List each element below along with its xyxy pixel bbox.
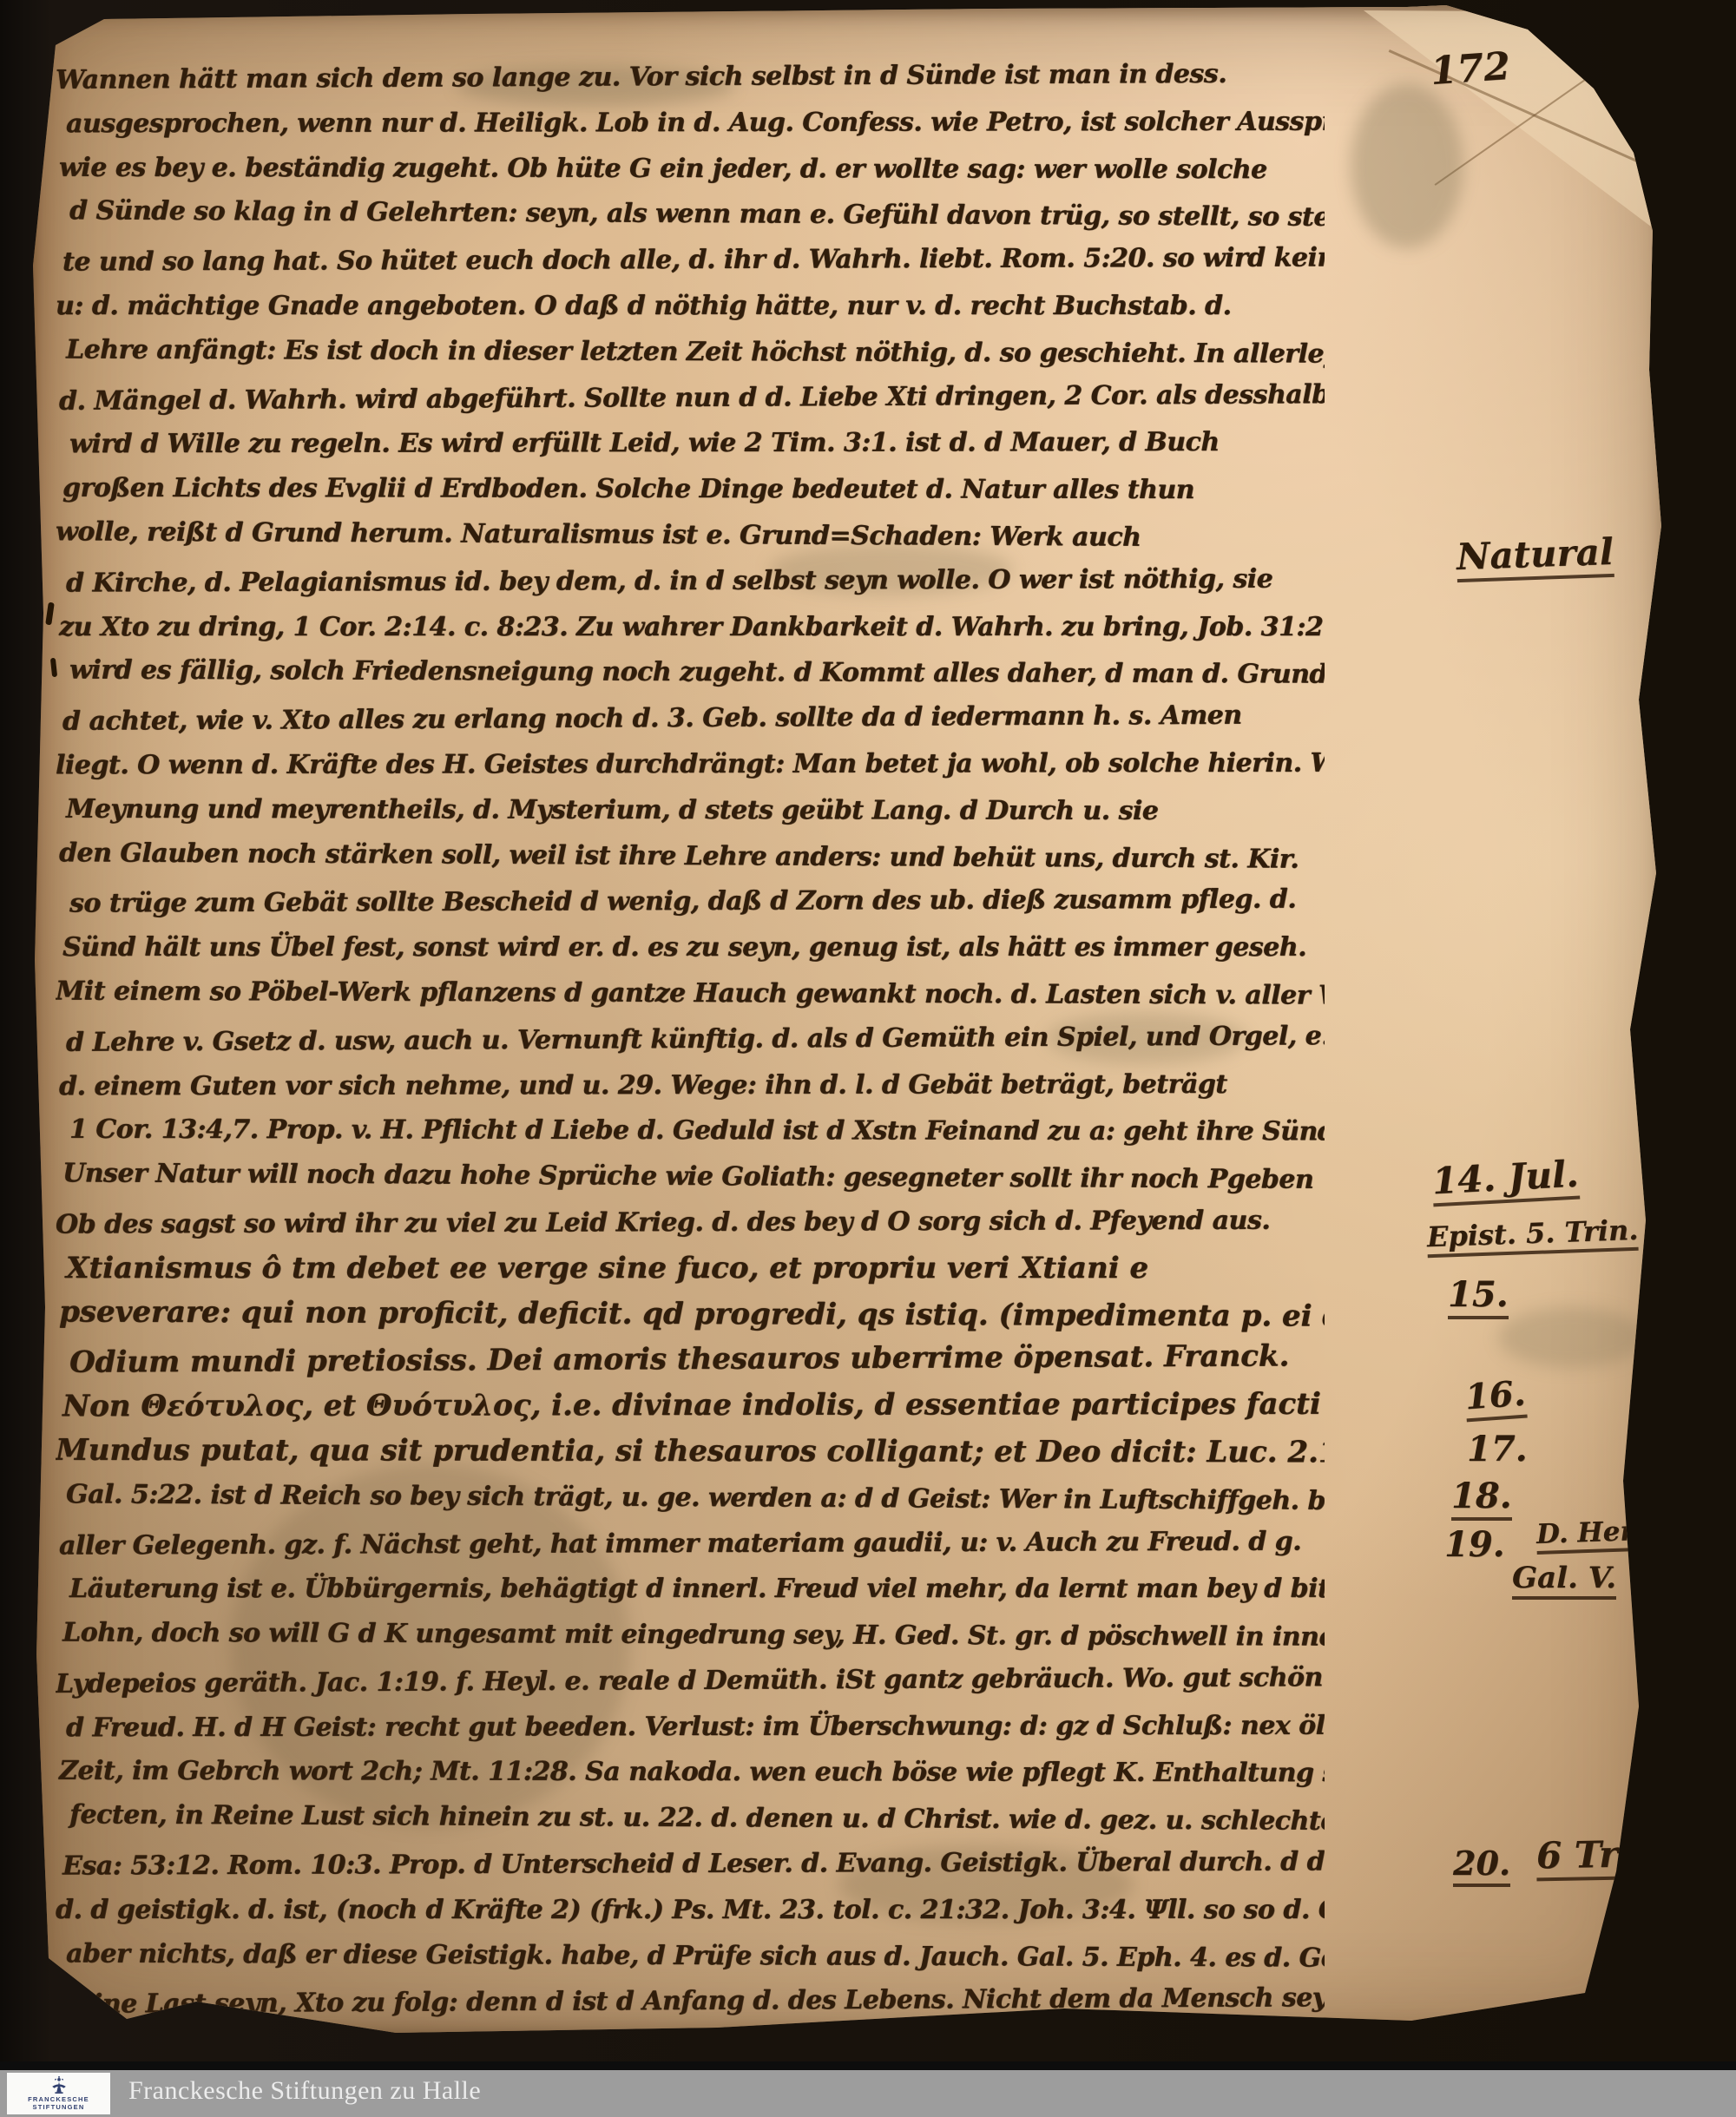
manuscript-line: 1 Cor. 13:4,7. Prop. v. H. Pflicht d Lie… bbox=[56, 1107, 1325, 1154]
manuscript-line: d Sünde so klag in d Gelehrten: seyn, al… bbox=[56, 188, 1325, 240]
manuscript-line: Unser Natur will noch dazu hohe Sprüche … bbox=[56, 1150, 1325, 1202]
archive-name: Franckesche Stiftungen zu Halle bbox=[128, 2076, 481, 2106]
margin-note-18: 18. bbox=[1451, 1476, 1512, 1521]
manuscript-line: pseverare: qui non proficit, deficit. qd… bbox=[56, 1289, 1325, 1339]
margin-note-natural: Natural bbox=[1456, 530, 1614, 582]
manuscript-line: wird es fällig, solch Friedensneigung no… bbox=[56, 648, 1325, 698]
margin-note-trinity6: 6 Trin. bbox=[1536, 1832, 1672, 1882]
margin-note-16: 16. bbox=[1463, 1373, 1527, 1423]
manuscript-line: d Freud. H. d H Geist: recht gut beeden.… bbox=[56, 1702, 1325, 1750]
ink-smudge bbox=[1498, 1307, 1646, 1368]
margin-note-20: 20. bbox=[1453, 1844, 1510, 1887]
manuscript-line: wolle, reißt d Grund herum. Naturalismus… bbox=[56, 509, 1325, 561]
manuscript-line: keine Last seyn, Xto zu folg: denn d ist… bbox=[56, 1976, 1325, 2028]
margin-note-galatians: Gal. V. bbox=[1512, 1561, 1616, 1600]
manuscript-line: Esa: 53:12. Rom. 10:3. Prop. d Untersche… bbox=[56, 1839, 1325, 1890]
eagle-sun-emblem-icon bbox=[49, 2076, 69, 2095]
manuscript-line: Ob des sagst so wird ihr zu viel zu Leid… bbox=[56, 1197, 1325, 1247]
manuscript-line: u: d. mächtige Gnade angeboten. O daß d … bbox=[56, 283, 1325, 329]
manuscript-line: d. einem Guten vor sich nehme, und u. 29… bbox=[56, 1061, 1325, 1108]
manuscript-line: Non Θεότυλος, et Θυότυλος, i.e. divinae … bbox=[56, 1382, 1325, 1430]
fold-crease bbox=[1389, 49, 1652, 168]
manuscript-line: so trüge zum Gebät sollte Bescheid d wen… bbox=[56, 877, 1325, 927]
manuscript-line: zu Xto zu dring, 1 Cor. 2:14. c. 8:23. Z… bbox=[56, 604, 1325, 650]
manuscript-body-text: Wannen hätt man sich dem so lange zu. Vo… bbox=[56, 54, 1325, 2035]
page-number: 172 bbox=[1429, 44, 1511, 94]
page-number-value: 172 bbox=[1429, 44, 1511, 94]
manuscript-scan: 172 Wannen hätt man sich dem so lange zu… bbox=[0, 0, 1736, 2117]
manuscript-line: Mundus putat, qua sit prudentia, si thes… bbox=[56, 1428, 1325, 1476]
manuscript-line: d. d geistigk. d. ist, (noch d Kräfte 2)… bbox=[56, 1887, 1325, 1933]
manuscript-line: ausgesprochen, wenn nur d. Heiligk. Lob … bbox=[56, 99, 1325, 147]
manuscript-line: Odium mundi pretiosiss. Dei amoris thesa… bbox=[56, 1333, 1325, 1385]
manuscript-line: großen Lichts des Evglii d Erdboden. Sol… bbox=[56, 465, 1325, 513]
ink-smudge bbox=[1351, 83, 1463, 248]
manuscript-line: Lydepeios geräth. Jac. 1:19. f. Heyl. e.… bbox=[56, 1654, 1325, 1706]
manuscript-line: Meynung und meyrentheils, d. Mysterium, … bbox=[56, 786, 1325, 833]
manuscript-page: 172 Wannen hätt man sich dem so lange zu… bbox=[23, 5, 1672, 2041]
manuscript-line: te und so lang hat. So hütet euch doch a… bbox=[56, 235, 1325, 286]
manuscript-line: d Kirche, d. Pelagianismus id. bey dem, … bbox=[56, 556, 1325, 606]
manuscript-line: Lehre anfängt: Es ist doch in dieser let… bbox=[56, 326, 1325, 377]
margin-note-date: 14. Jul. bbox=[1431, 1153, 1580, 1207]
manuscript-line: d Lehre v. Gsetz d. usw, auch u. Vernunf… bbox=[56, 1013, 1325, 1065]
margin-note-15: 15. bbox=[1448, 1274, 1509, 1319]
manuscript-line: wird d Wille zu regeln. Es wird erfüllt … bbox=[56, 419, 1325, 467]
margin-note-hemmsen: D. Hemmsen. bbox=[1535, 1512, 1736, 1555]
logo-text-line2: STIFTUNGEN bbox=[28, 2104, 89, 2112]
margin-note-epistle: Epist. 5. Trin. bbox=[1426, 1213, 1639, 1258]
manuscript-line: d. Mängel d. Wahrh. wird abgeführt. Soll… bbox=[56, 371, 1325, 424]
manuscript-line: Xtianismus ô tm debet ee verge sine fuco… bbox=[56, 1246, 1325, 1292]
margin-note-19: 19. bbox=[1444, 1524, 1505, 1565]
manuscript-line: d achtet, wie v. Xto alles zu erlang noc… bbox=[56, 692, 1325, 744]
manuscript-line: Gal. 5:22. ist d Reich so bey sich trägt… bbox=[56, 1471, 1325, 1523]
manuscript-line: aller Gelegenh. gz. f. Nächst geht, hat … bbox=[56, 1518, 1325, 1568]
margin-note-17: 17. bbox=[1467, 1429, 1528, 1469]
manuscript-line: aber nichts, daß er diese Geistigk. habe… bbox=[56, 1930, 1325, 1981]
manuscript-line: fecten, in Reine Lust sich hinein zu st.… bbox=[56, 1792, 1325, 1844]
archive-footer: FRANCKESCHE STIFTUNGEN Franckesche Stift… bbox=[0, 2061, 1736, 2117]
manuscript-line: liegt. O wenn d. Kräfte des H. Geistes d… bbox=[56, 740, 1325, 788]
manuscript-line: Lohn, doch so will G d K ungesamt mit ei… bbox=[56, 1610, 1325, 1660]
binding-stitch bbox=[45, 602, 55, 626]
manuscript-line: Wannen hätt man sich dem so lange zu. Vo… bbox=[56, 54, 1325, 103]
manuscript-line: den Glauben noch stärken soll, weil ist … bbox=[56, 830, 1325, 882]
manuscript-line: wie es bey e. beständig zugeht. Ob hüte … bbox=[56, 144, 1325, 192]
manuscript-line: Mit einem so Pöbel-Werk pflanzens d gant… bbox=[56, 968, 1325, 1018]
manuscript-line: Zeit, im Gebrch wort 2ch; Mt. 11:28. Sa … bbox=[56, 1748, 1325, 1796]
manuscript-line: Sünd hält uns Übel fest, sonst wird er. … bbox=[56, 924, 1325, 970]
franckesche-stiftungen-logo: FRANCKESCHE STIFTUNGEN bbox=[7, 2073, 110, 2114]
manuscript-line: Läuterung ist e. Übbürgernis, behägtigt … bbox=[56, 1566, 1325, 1612]
